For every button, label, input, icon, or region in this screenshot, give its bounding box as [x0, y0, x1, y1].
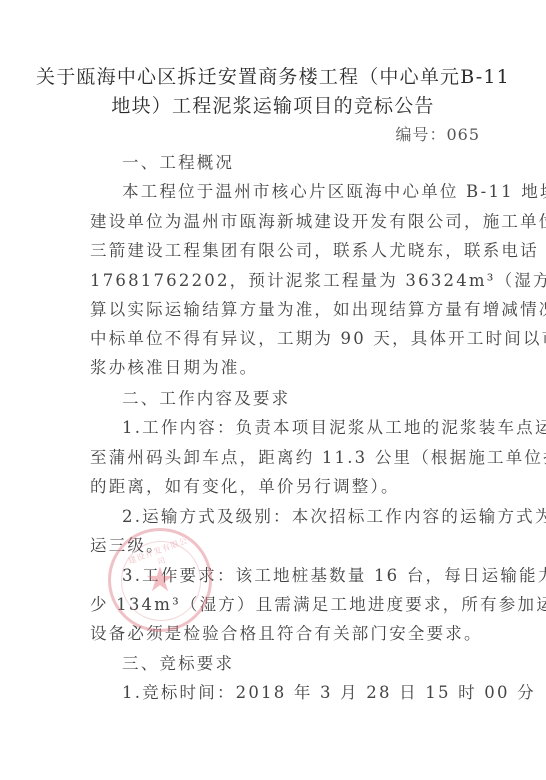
paragraph-line: 中标单位不得有异议，工期为 90 天，具体开工时间以市泥	[90, 327, 482, 351]
paragraph-line: 17681762202，预计泥浆工程量为 36324m³（湿方），最终结	[90, 269, 482, 293]
paragraph-line: 1.竞标时间：2018 年 3 月 28 日 15 时 00 分	[122, 681, 482, 705]
paragraph-line: 2.运输方式及级别：本次招标工作内容的运输方式为车	[122, 505, 482, 529]
document-page: 关于瓯海中心区拆迁安置商务楼工程（中心单元B-11 地块）工程泥浆运输项目的竞标…	[0, 0, 546, 780]
document-title-line-2: 地块）工程泥浆运输项目的竞标公告	[0, 93, 546, 119]
paragraph-line: 1.工作内容：负责本项目泥浆从工地的泥浆装车点运输	[122, 416, 482, 440]
document-number: 编号：065	[395, 123, 480, 147]
paragraph-line: 运三级。	[90, 534, 482, 558]
paragraph-line: 算以实际运输结算方量为准，如出现结算方量有增减情况，	[90, 298, 482, 322]
paragraph-line: 3.工作要求：该工地桩基数量 16 台，每日运输能力至	[122, 564, 482, 588]
paragraph-line: 建设单位为温州市瓯海新城建设开发有限公司，施工单位为	[90, 210, 482, 234]
paragraph-line: 设备必须是检验合格且符合有关部门安全要求。	[90, 622, 482, 646]
section-heading-bidding: 三、竞标要求	[122, 652, 482, 676]
paragraph-line: 浆办核准日期为准。	[90, 356, 482, 380]
paragraph-line: 三箭建设工程集团有限公司，联系人尤晓东，联系电话	[90, 239, 482, 263]
paragraph-line: 至蒲州码头卸车点，距离约 11.3 公里（根据施工单位提供	[90, 446, 482, 470]
document-title-line-1: 关于瓯海中心区拆迁安置商务楼工程（中心单元B-11	[0, 64, 546, 90]
section-heading-overview: 一、工程概况	[122, 151, 482, 175]
paragraph-line: 的距离，如有变化，单价另行调整）。	[90, 475, 482, 499]
paragraph-line: 本工程位于温州市核心片区瓯海中心单位 B-11 地块，	[122, 180, 482, 204]
paragraph-line: 少 134m³（湿方）且需满足工地进度要求，所有参加运输机械	[90, 593, 482, 617]
section-heading-work-content: 二、工作内容及要求	[122, 387, 482, 411]
